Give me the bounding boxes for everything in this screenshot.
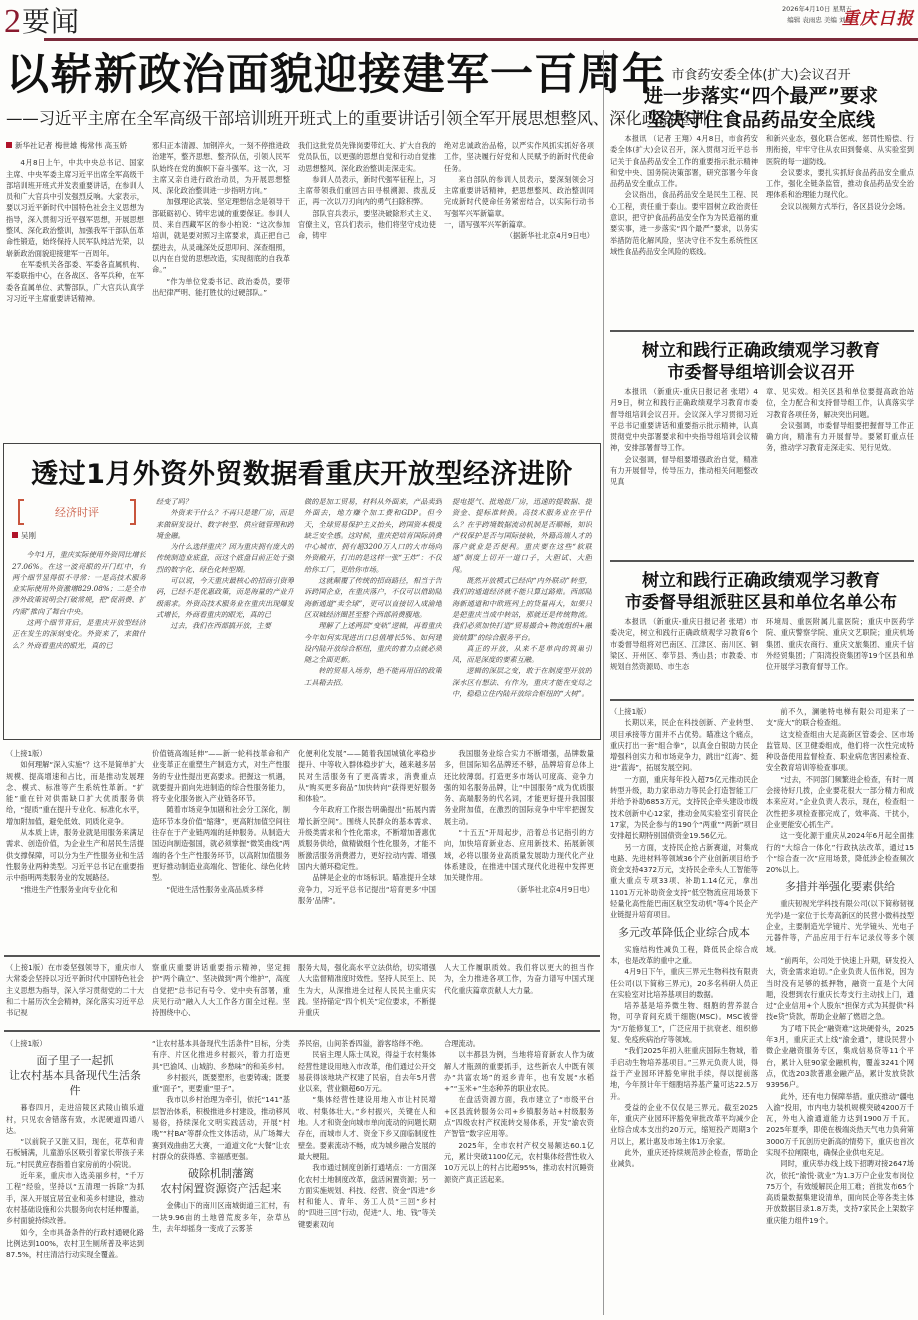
npc-column-1: （上接1版）在市委坚强领导下，重庆市人大常委会坚持以习近平新时代中国特色社会主义… <box>6 962 144 1022</box>
masthead: 2 要闻 2026年4月10日 星期五 编辑 袁雨忠 美编 刘晖 重庆日报 <box>0 0 918 44</box>
feature-column-2: 经变了吗？ 外资来干什么？不再只是建厂房，而是来做研发设计、数字转型、供应链管理… <box>156 496 294 736</box>
lead-column-4: 绝对忠诚政治品格，以严实作风抓实抓好各项工作，坚决履行好党和人民赋予的新时代使命… <box>444 140 594 440</box>
list-headline: 树立和践行正确政绩观学习教育 市委督导组派驻区县和单位名单公布 <box>606 570 916 614</box>
divider <box>4 955 600 957</box>
lead-column-3: 我们这批党员先锋岗要带红大、扩大自我的党员队伍，以更强的思想自觉和行动自觉推动思… <box>298 140 436 440</box>
column-tag-label: 经济时评 <box>18 504 136 520</box>
npc-column-2: 察重庆重要讲话重要指示精神，坚定拥护“两个确立”、坚决做到“两个维护”，高度自觉… <box>152 962 290 1022</box>
rural-column-3: 养民宿，山间茶香四溢，游客络绎不绝。 民宿主理人陈士凤说，得益于农村集体经营性建… <box>298 1038 436 1318</box>
lead-byline: 新华社记者 梅世雄 梅常伟 高玉娇 <box>6 140 144 151</box>
rural-column-2: “让农村基本具备现代生活条件”目标，分类有序、片区化推进乡村振兴，着力打造更具“… <box>152 1038 290 1318</box>
training-headline: 树立和践行正确政绩观学习教育 市委督导组培训会议召开 <box>606 340 916 384</box>
feature-byline: 吴刚 <box>12 530 146 541</box>
feature-column-3: 做的是加工贸易，材料从外面来，产品卖到外面去，地方赚个加工费和GDP。但今天，全… <box>304 496 442 736</box>
enterprise-column-2: 前不久，澜驰特电梯有限公司迎来了一支“庞大”的联合检查组。 这支检查组由大足高新… <box>766 706 914 1318</box>
services-column-1: （上接1版） 如何理解“深入实施”？这不是简单扩大规模、提高增速和占比，而是推动… <box>6 748 144 946</box>
feature-headline: 透过1月外资外贸数据看重庆开放型经济进阶 <box>4 452 600 491</box>
rural-subhead-1: 面子里子一起抓让农村基本具备现代生活条件 <box>6 1053 144 1098</box>
list-column-1: 本报讯 （新重庆-重庆日报记者 张珺）市委决定，树立和践行正确政绩观学习教育6个… <box>610 616 758 676</box>
food-safety-headline: 进一步落实“四个最严”要求 坚决守住食品药品安全底线 <box>606 84 916 132</box>
enterprise-column-1: （上接1版） 长期以来，民企在科技创新、产业转型、项目承接等方面并不占优势。瞄准… <box>610 706 758 1318</box>
food-safety-kicker: 市食药安委全体(扩大)会议召开 <box>606 64 916 83</box>
rural-column-4: 合理流动。 以丰都县为例，当地将培育新农人作为破解人才瓶颈的重要抓手，这些新农人… <box>444 1038 594 1318</box>
section-name: 要闻 <box>22 4 80 40</box>
lead-column-2: 邪归正本清源、加钢淬火，一刻不停推进政治建军，整齐思想、整齐队伍，引领人民军队始… <box>152 140 290 440</box>
column-tag: 经济时评 <box>18 499 136 525</box>
enterprise-subhead-1: 多措并举强化要素供给 <box>766 879 914 894</box>
food-safety-column-1: 本报讯 （记者 王翔）4月8日，市食药安委全体(扩大)会议召开，深入贯彻习近平总… <box>610 133 758 325</box>
npc-column-3: 服务大局，强化高水平立法供给，切实增强人大监督精准度时效性。坚持人民至上、民生为… <box>298 962 436 1022</box>
training-column-2: 章、见实效。相关区县和单位要提高政治站位，全力配合和支持督导组工作，认真落实学习… <box>766 386 914 536</box>
divider <box>610 330 914 332</box>
page-number: 2 <box>4 2 21 42</box>
rural-subhead-2: 破除机制藩篱农村闲置资源资产活起来 <box>152 1166 290 1196</box>
services-column-4: 我国服务业综合实力不断增强，品牌数量多，但国际知名品牌还不够，品牌培育总体上还比… <box>444 748 594 946</box>
newspaper-logo: 重庆日报 <box>842 4 914 29</box>
food-safety-column-2: 和新兴业态，强化联合惩戒、惩罚性赔偿、行刑衔接，牢牢守住从农田到餐桌、从实验室到… <box>766 133 914 325</box>
list-column-2: 环境局、重医附属儿童医院；重庆中医药学院、重庆警察学院、重庆文艺职院；重庆机场集… <box>766 616 914 676</box>
column-divider <box>603 50 604 1315</box>
npc-column-4: 人大工作履职质效。我们将以更大的担当作为，全力推进各项工作，为奋力谱写中国式现代… <box>444 962 594 1022</box>
divider <box>610 560 914 562</box>
divider <box>4 1030 600 1032</box>
services-column-3: 化便利化发展”——随着我国城镇化率稳步提升、中等收入群体稳步扩大，越来越多居民对… <box>298 748 436 946</box>
feature-column-1: 吴刚 今年1月，重庆实际使用外资同比增长27.06%。在这一波亮眼的开门红中，有… <box>12 530 146 735</box>
services-column-2: 价值链高端延伸”——新一轮科技革命和产业变革正在重塑生产制造方式，对生产性服务的… <box>152 748 290 946</box>
divider <box>610 699 914 701</box>
byline-marker-icon <box>12 532 18 538</box>
lead-subheadline: ——习近平主席在全军高级干部培训班开班式上的重要讲话引领全军开展思想整风、深化政… <box>6 108 598 130</box>
enterprise-subhead-2: 多元改革降低企业综合成本 <box>610 925 758 940</box>
training-column-1: 本报讯 （新重庆-重庆日报记者 张珺）4月9日，树立和践行正确政绩观学习教育市委… <box>610 386 758 536</box>
byline-marker-icon <box>6 142 12 148</box>
rural-column-1: （上接1版） 面子里子一起抓让农村基本具备现代生活条件 暮春四月，走进涪陵区武陵… <box>6 1038 144 1318</box>
lead-column-1: 新华社记者 梅世雄 梅常伟 高玉娇 4月8日上午，中共中央总书记、国家主席、中央… <box>6 140 144 440</box>
masthead-rule <box>44 38 918 41</box>
lead-headline: 以崭新政治面貌迎接建军一百周年 <box>6 50 598 100</box>
feature-column-4: 提电提气、批地批厂房，迅速的提数据、提资金、提标准转换。高技术服务业在乎什么？在… <box>452 496 592 736</box>
